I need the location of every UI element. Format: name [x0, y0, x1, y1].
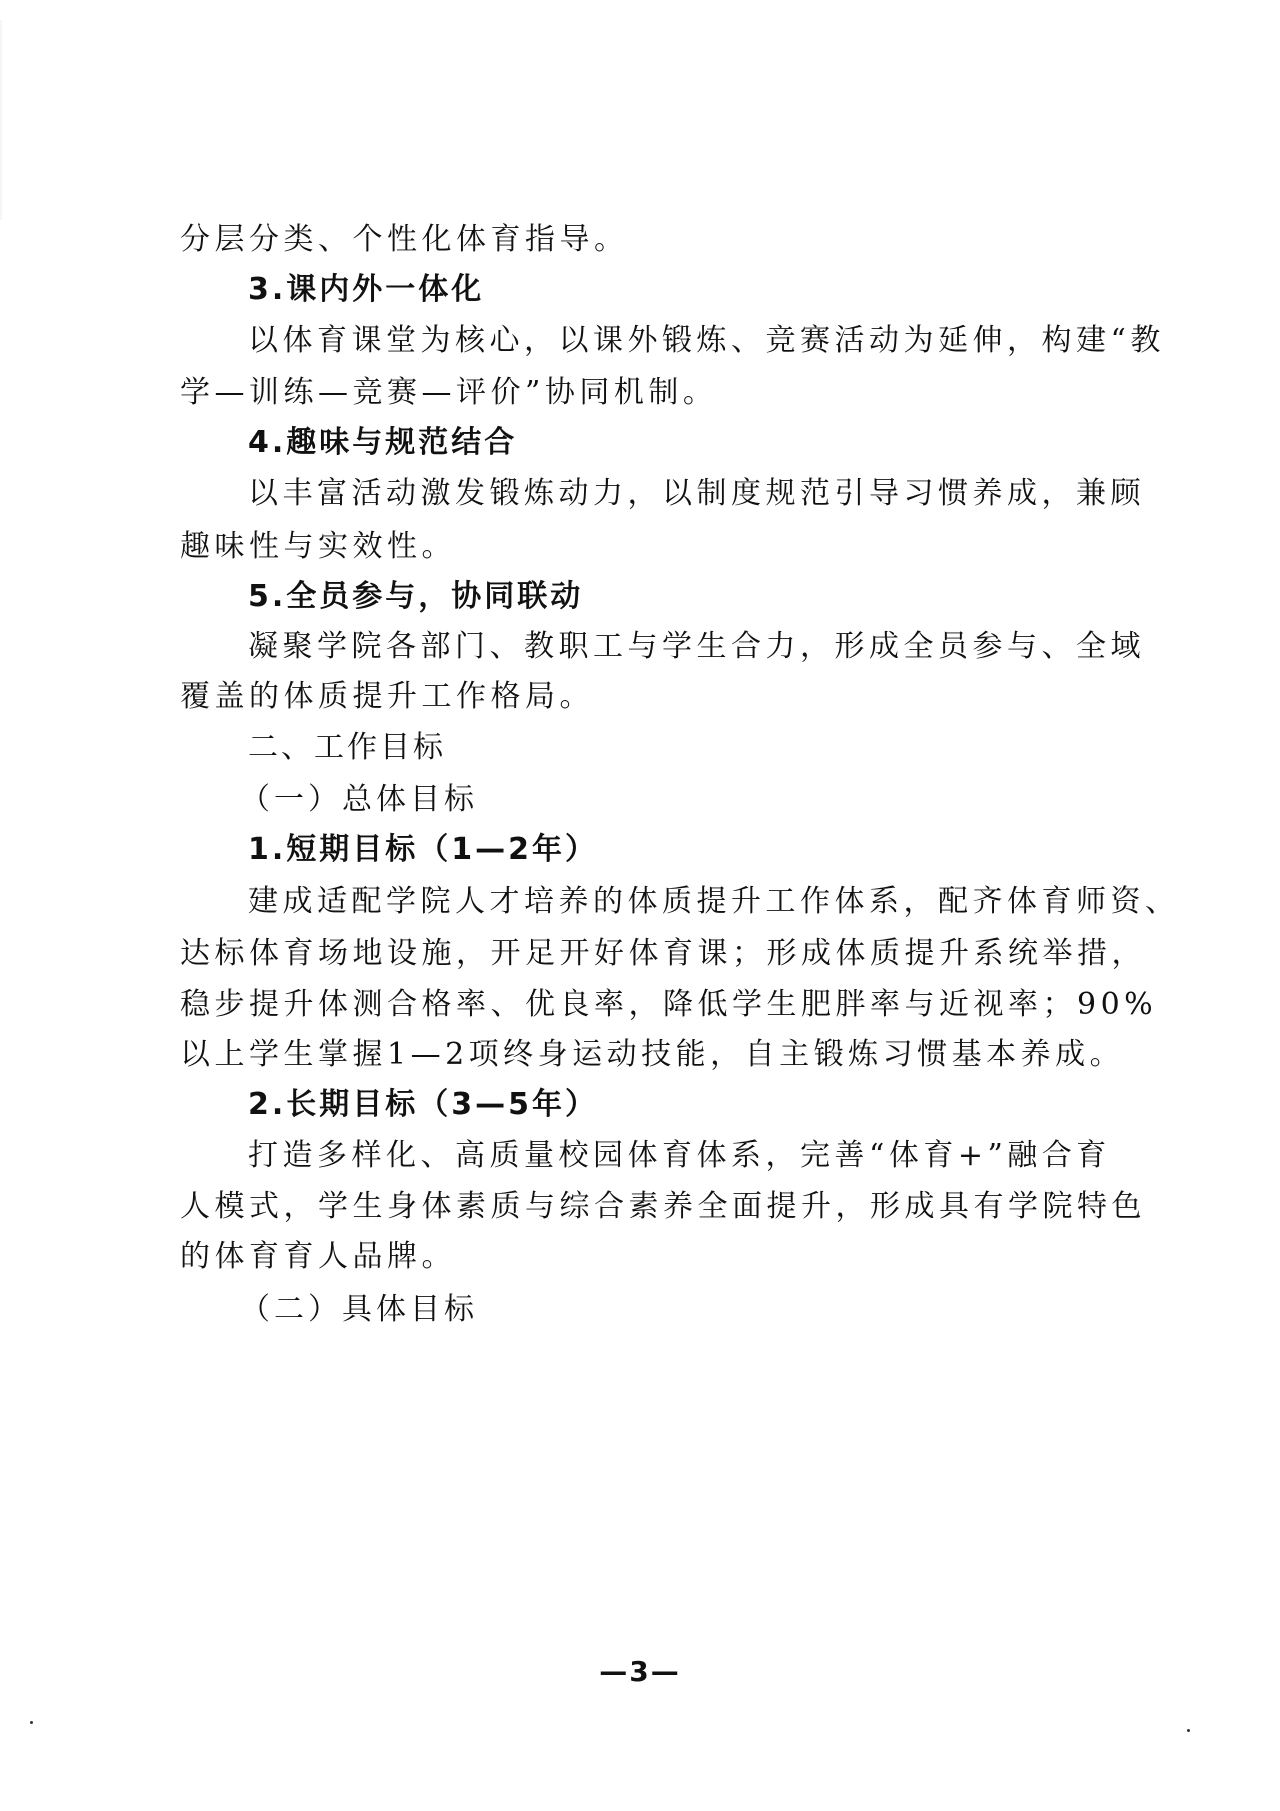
body-text-line: 以上学生掌握1—2项终身运动技能，自主锻炼习惯基本养成。: [180, 1035, 1100, 1075]
body-text-line: 稳步提升体测合格率、优良率，降低学生肥胖率与近视率；90%: [180, 985, 1100, 1025]
page-number: —3—: [0, 1655, 1280, 1688]
body-text-line: 达标体育场地设施，开足开好体育课；形成体质提升系统举措，: [180, 934, 1100, 974]
section-heading-4: 4.趣味与规范结合: [248, 423, 1168, 463]
subheading-overall-goals: （一）总体目标: [240, 780, 1160, 820]
body-text-line: 打造多样化、高质量校园体育体系，完善“体育+”融合育: [248, 1136, 1168, 1176]
body-text-line: 凝聚学院各部门、教职工与学生合力，形成全员参与、全域: [248, 627, 1168, 667]
body-text-line: 学—训练—竞赛—评价”协同机制。: [180, 373, 1100, 413]
body-text-line: 分层分类、个性化体育指导。: [180, 220, 1100, 260]
body-text-line: 以丰富活动激发锻炼动力，以制度规范引导习惯养成，兼顾: [248, 474, 1168, 514]
body-text-line: 建成适配学院人才培养的体质提升工作体系，配齐体育师资、: [248, 882, 1168, 922]
section-heading-3: 3.课内外一体化: [248, 270, 1168, 310]
subheading-specific-goals: （二）具体目标: [240, 1290, 1160, 1330]
chapter-heading-work-goals: 二、工作目标: [248, 728, 1168, 768]
document-page: 分层分类、个性化体育指导。 3.课内外一体化 以体育课堂为核心，以课外锻炼、竞赛…: [0, 0, 1280, 1811]
section-heading-5: 5.全员参与，协同联动: [248, 577, 1168, 617]
body-text-line: 的体育育人品牌。: [180, 1237, 1100, 1277]
body-text-line: 覆盖的体质提升工作格局。: [180, 677, 1100, 717]
body-text-line: 人模式，学生身体素质与综合素养全面提升，形成具有学院特色: [180, 1187, 1100, 1227]
scan-edge: [0, 20, 3, 220]
heading-long-term-goals: 2.长期目标（3—5年）: [248, 1085, 1168, 1125]
body-text-line: 趣味性与实效性。: [180, 527, 1100, 567]
scan-speck: [30, 1721, 33, 1724]
heading-short-term-goals: 1.短期目标（1—2年）: [248, 830, 1168, 870]
scan-speck: [1187, 1729, 1190, 1732]
body-text-line: 以体育课堂为核心，以课外锻炼、竞赛活动为延伸，构建“教: [248, 321, 1168, 361]
